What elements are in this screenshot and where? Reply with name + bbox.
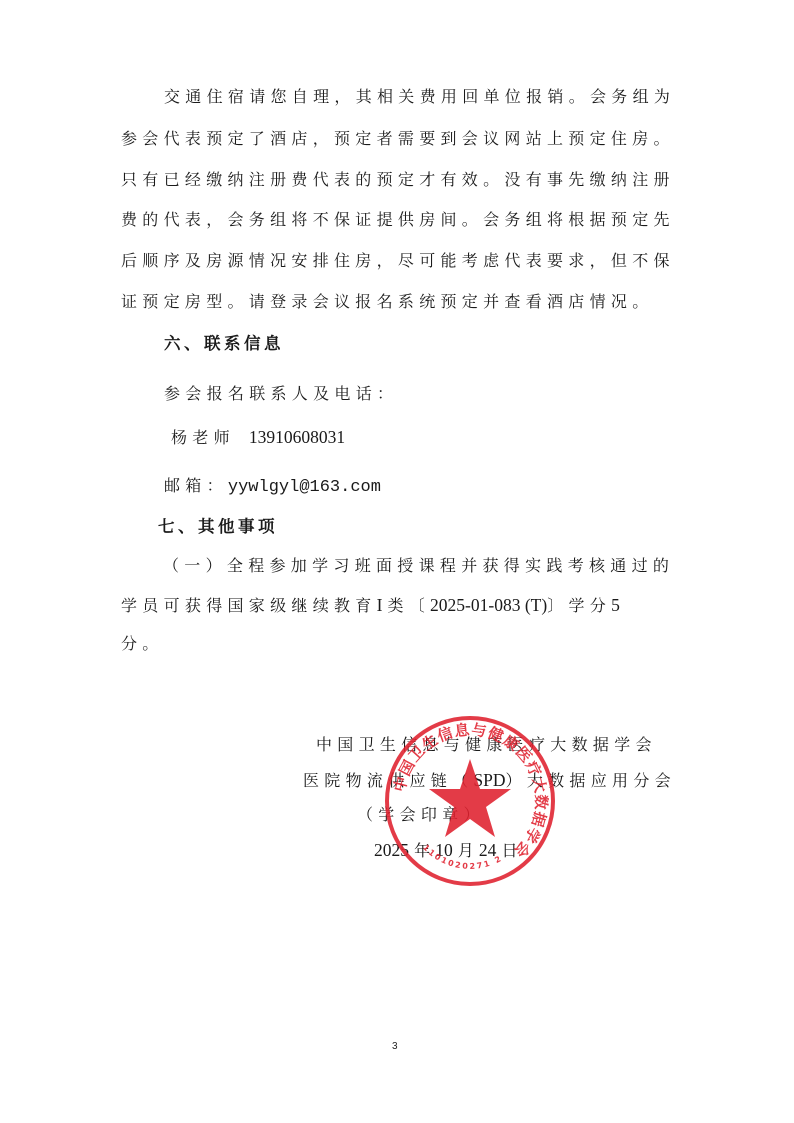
contact-person-line: 杨老师13910608031 bbox=[171, 427, 345, 448]
text-line: 参会代表预定了酒店，预定者需要到会议网站上预定住房。 bbox=[121, 129, 675, 149]
org-name-line2: 医院物流供应链（SPD）大数据应用分会 bbox=[303, 770, 676, 791]
date-month: 10 bbox=[435, 840, 453, 860]
seal-note: （学会印章） bbox=[357, 805, 485, 825]
course-code: 2025-01-083 (T) bbox=[430, 595, 547, 615]
email-label: 邮箱： bbox=[164, 476, 228, 495]
text-line: （一）全程参加学习班面授课程并获得实践考核通过的 bbox=[163, 556, 674, 576]
org-name-line1: 中国卫生信息与健康医疗大数据学会 bbox=[316, 735, 657, 755]
text-segment: 日 bbox=[502, 841, 518, 860]
org-abbr: SPD bbox=[473, 770, 505, 790]
section-heading-other: 七、其他事项 bbox=[158, 517, 278, 537]
contact-label: 参会报名联系人及电话： bbox=[164, 384, 398, 404]
text-line: 学员可获得国家级继续教育I类〔2025-01-083 (T)〕学分5 bbox=[121, 595, 620, 616]
text-segment: 学员可获得国家级继续教育 bbox=[121, 596, 377, 615]
text-line: 证预定房型。请登录会议报名系统预定并查看酒店情况。 bbox=[121, 292, 654, 312]
section-heading-contact: 六、联系信息 bbox=[164, 334, 284, 354]
text-segment: 月 bbox=[458, 841, 474, 860]
credit-count: 5 bbox=[611, 595, 620, 615]
text-segment: ）大数据应用分会 bbox=[506, 771, 676, 790]
date-year: 2025 bbox=[374, 840, 409, 860]
date-day: 24 bbox=[479, 840, 497, 860]
text-segment: 类〔 bbox=[387, 596, 430, 615]
text-line: 交通住宿请您自理，其相关费用回单位报销。会务组为 bbox=[164, 87, 675, 107]
email-address[interactable]: yywlgyl@163.com bbox=[228, 478, 381, 497]
text-line: 后顺序及房源情况安排住房，尽可能考虑代表要求，但不保 bbox=[121, 251, 675, 271]
text-segment: 〕学分 bbox=[547, 596, 611, 615]
email-line: 邮箱：yywlgyl@163.com bbox=[164, 476, 381, 498]
document-page: 交通住宿请您自理，其相关费用回单位报销。会务组为 参会代表预定了酒店，预定者需要… bbox=[0, 0, 794, 1123]
signature-date: 2025 年 10 月 24 日 bbox=[374, 840, 518, 861]
text-line: 只有已经缴纳注册费代表的预定才有效。没有事先缴纳注册 bbox=[121, 170, 675, 190]
text-line: 费的代表，会务组将不保证提供房间。会务组将根据预定先 bbox=[121, 210, 675, 230]
contact-name: 杨老师 bbox=[171, 428, 235, 447]
education-class: I bbox=[377, 595, 383, 615]
page-number: 3 bbox=[392, 1041, 398, 1052]
text-line: 分。 bbox=[121, 634, 164, 654]
text-segment: 年 bbox=[414, 841, 430, 860]
text-segment: 医院物流供应链（ bbox=[303, 771, 473, 790]
contact-phone: 13910608031 bbox=[249, 427, 345, 447]
